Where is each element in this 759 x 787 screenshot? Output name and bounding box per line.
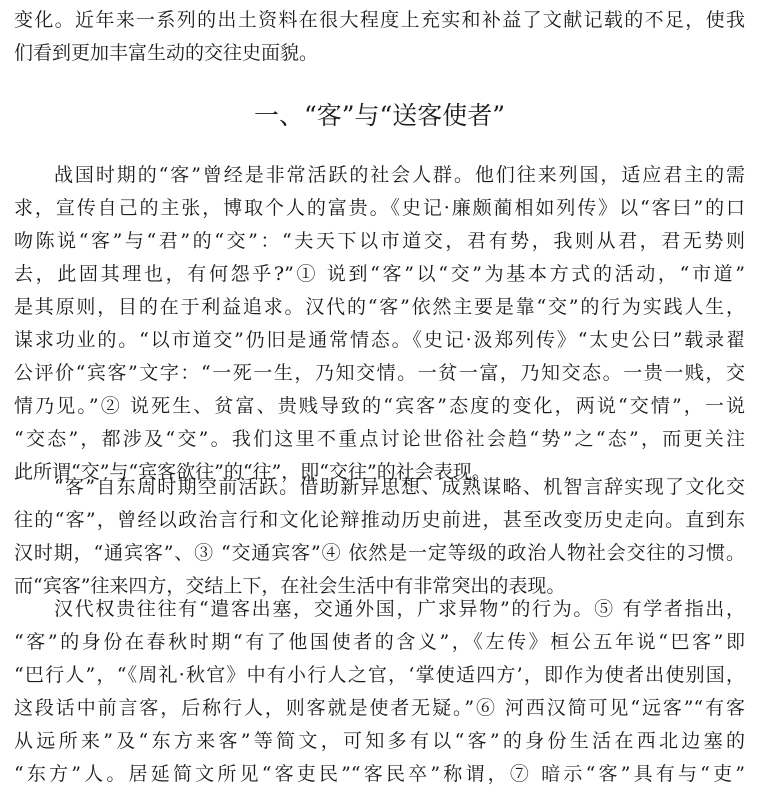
section-heading: 一、“客”与“送客使者” [0, 96, 759, 136]
paragraph-line: 汉时期，“通宾客”、③ “交通宾客”④ 依然是一定等级的政治人物社会交往的习惯。 [14, 537, 745, 570]
paragraph-line: 求，宣传自己的主张，博取个人的富贵。《史记·廉颇蔺相如列传》以“客曰”的口 [14, 192, 745, 225]
paragraph-line: “客”自东周时期空前活跃。借助新异思想、成熟谋略、机智言辞实现了文化交 [14, 471, 745, 504]
paragraph-line: 吻陈说“客”与“君”的“交”：“夫天下以市道交，君有势，我则从君，君无势则 [14, 225, 745, 258]
paragraph-line: 汉代权贵往往有“遣客出塞，交通外国，广求异物”的行为。⑤ 有学者指出， [14, 593, 745, 626]
paragraph-line: “交态”，都涉及“交”。我们这里不重点讨论世俗社会趋“势”之“态”，而更关注 [14, 423, 745, 456]
paragraph-line: “客”的身份在春秋时期“有了他国使者的含义”，《左传》桓公五年说“巴客”即 [14, 626, 745, 659]
paragraph-line: “巴行人”，“《周礼·秋官》中有小行人之官，‘掌使适四方’，即作为使者出使别国， [14, 659, 745, 692]
paragraph-line: “东方”人。居延简文所见“客吏民”“客民卒”称谓，⑦ 暗示“客”具有与“吏” [14, 758, 745, 787]
paragraph-line: 往的“客”，曾经以政治言行和文化论辩推动历史前进，甚至改变历史走向。直到东 [14, 504, 745, 537]
paragraph-line: 公评价“宾客”文字：“一死一生，乃知交情。一贫一富，乃知交态。一贵一贱，交 [14, 357, 745, 390]
paragraph-line: 是其原则，目的在于利益追求。汉代的“客”依然主要是靠“交”的行为实践人生， [14, 291, 745, 324]
paragraph-line: 战国时期的“客”曾经是非常活跃的社会人群。他们往来列国，适应君主的需 [14, 159, 745, 192]
paragraph-line: 去，此固其理也，有何怨乎?”① 说到“客”以“交”为基本方式的活动，“市道” [14, 258, 745, 291]
paragraph-line: 情乃见。”② 说死生、贫富、贵贱导致的“宾客”态度的变化，两说“交情”，一说 [14, 390, 745, 423]
intro-line-2: 们看到更加丰富生动的交往史面貌。 [14, 37, 745, 70]
intro-line-1: 变化。近年来一系列的出土资料在很大程度上充实和补益了文献记载的不足，使我 [14, 4, 745, 37]
paragraph-line: 谋求功业的。“以市道交”仍旧是通常情态。《史记·汲郑列传》“太史公曰”载录翟 [14, 324, 745, 357]
paragraph-line: 从远所来”及“东方来客”等简文，可知多有以“客”的身份生活在西北边塞的 [14, 725, 745, 758]
paragraph-line: 这段话中前言客，后称行人，则客就是使者无疑。”⑥ 河西汉简可见“远客”“有客 [14, 692, 745, 725]
